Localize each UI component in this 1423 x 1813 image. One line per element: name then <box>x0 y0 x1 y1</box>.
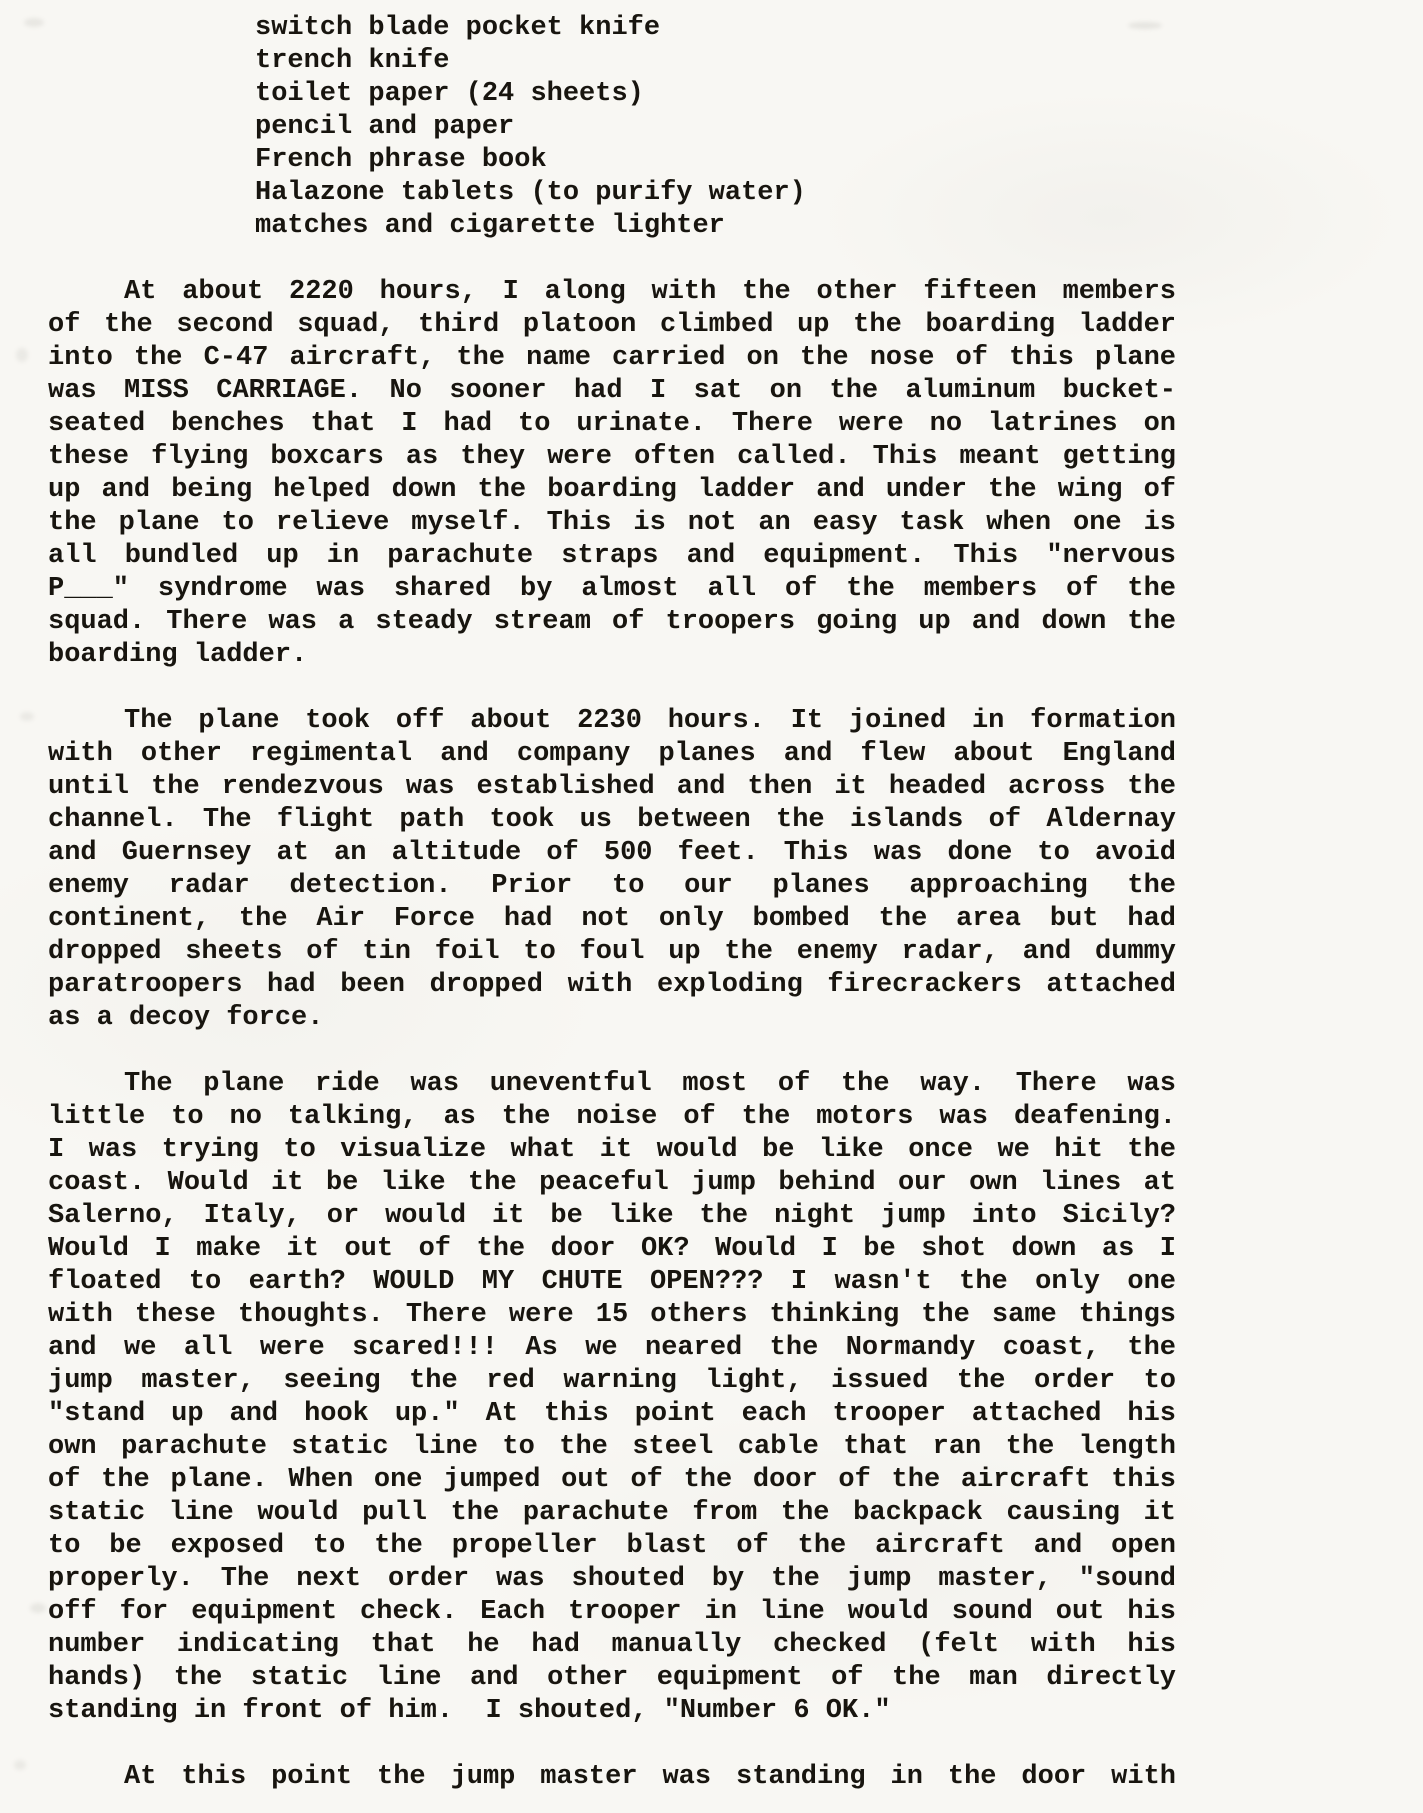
text-line: static line would pull the parachute fro… <box>48 1497 1176 1530</box>
packing-list-item: French phrase book <box>255 144 1176 177</box>
text-line: dropped sheets of tin foil to foul up th… <box>48 936 1176 969</box>
scan-smudge <box>20 712 34 721</box>
packing-list-item: trench knife <box>255 45 1176 78</box>
text-line: jump master, seeing the red warning ligh… <box>48 1365 1176 1398</box>
text-line: I was trying to visualize what it would … <box>48 1134 1176 1167</box>
scan-smudge <box>30 1603 46 1613</box>
packing-list-item: toilet paper (24 sheets) <box>255 78 1176 111</box>
scan-smudge <box>1128 22 1162 29</box>
text-line: Salerno, Italy, or would it be like the … <box>48 1200 1176 1233</box>
text-line: seated benches that I had to urinate. Th… <box>48 408 1176 441</box>
text-line: hands) the static line and other equipme… <box>48 1662 1176 1695</box>
packing-list-item: Halazone tablets (to purify water) <box>255 177 1176 210</box>
scan-smudge <box>24 18 44 27</box>
text-line: At this point the jump master was standi… <box>48 1761 1176 1794</box>
text-line: enemy radar detection. Prior to our plan… <box>48 870 1176 903</box>
paragraph: At this point the jump master was standi… <box>48 1761 1176 1794</box>
text-line: The plane took off about 2230 hours. It … <box>48 705 1176 738</box>
text-line: until the rendezvous was established and… <box>48 771 1176 804</box>
paragraph: The plane ride was uneventful most of th… <box>48 1068 1176 1728</box>
text-line: standing in front of him. I shouted, "Nu… <box>48 1695 1176 1728</box>
paragraph: The plane took off about 2230 hours. It … <box>48 705 1176 1035</box>
text-line: with these thoughts. There were 15 other… <box>48 1299 1176 1332</box>
text-line: up and being helped down the boarding la… <box>48 474 1176 507</box>
scan-smudge <box>14 1760 26 1770</box>
text-line: the plane to relieve myself. This is not… <box>48 507 1176 540</box>
text-line: P___" syndrome was shared by almost all … <box>48 573 1176 606</box>
text-line: of the second squad, third platoon climb… <box>48 309 1176 342</box>
text-line: off for equipment check. Each trooper in… <box>48 1596 1176 1629</box>
text-line: channel. The flight path took us between… <box>48 804 1176 837</box>
text-line: paratroopers had been dropped with explo… <box>48 969 1176 1002</box>
packing-list-item: switch blade pocket knife <box>255 12 1176 45</box>
text-line: The plane ride was uneventful most of th… <box>48 1068 1176 1101</box>
packing-list: switch blade pocket knifetrench knifetoi… <box>255 12 1176 243</box>
text-line: and Guernsey at an altitude of 500 feet.… <box>48 837 1176 870</box>
text-line: these flying boxcars as they were often … <box>48 441 1176 474</box>
scan-smudge <box>16 348 28 362</box>
text-line: properly. The next order was shouted by … <box>48 1563 1176 1596</box>
text-line: continent, the Air Force had not only bo… <box>48 903 1176 936</box>
paragraph: At about 2220 hours, I along with the ot… <box>48 276 1176 672</box>
text-line: with other regimental and company planes… <box>48 738 1176 771</box>
text-column: switch blade pocket knifetrench knifetoi… <box>48 12 1176 1794</box>
text-line: "stand up and hook up." At this point ea… <box>48 1398 1176 1431</box>
text-line: was MISS CARRIAGE. No sooner had I sat o… <box>48 375 1176 408</box>
text-line: own parachute static line to the steel c… <box>48 1431 1176 1464</box>
text-line: Would I make it out of the door OK? Woul… <box>48 1233 1176 1266</box>
packing-list-item: matches and cigarette lighter <box>255 210 1176 243</box>
text-line: all bundled up in parachute straps and e… <box>48 540 1176 573</box>
text-line: to be exposed to the propeller blast of … <box>48 1530 1176 1563</box>
document-page: switch blade pocket knifetrench knifetoi… <box>0 0 1423 1813</box>
text-line: floated to earth? WOULD MY CHUTE OPEN???… <box>48 1266 1176 1299</box>
paragraphs: At about 2220 hours, I along with the ot… <box>48 276 1176 1794</box>
text-line: boarding ladder. <box>48 639 1176 672</box>
text-line: squad. There was a steady stream of troo… <box>48 606 1176 639</box>
text-line: as a decoy force. <box>48 1002 1176 1035</box>
text-line: number indicating that he had manually c… <box>48 1629 1176 1662</box>
text-line: little to no talking, as the noise of th… <box>48 1101 1176 1134</box>
packing-list-item: pencil and paper <box>255 111 1176 144</box>
text-line: coast. Would it be like the peaceful jum… <box>48 1167 1176 1200</box>
text-line: of the plane. When one jumped out of the… <box>48 1464 1176 1497</box>
text-line: and we all were scared!!! As we neared t… <box>48 1332 1176 1365</box>
text-line: At about 2220 hours, I along with the ot… <box>48 276 1176 309</box>
text-line: into the C-47 aircraft, the name carried… <box>48 342 1176 375</box>
